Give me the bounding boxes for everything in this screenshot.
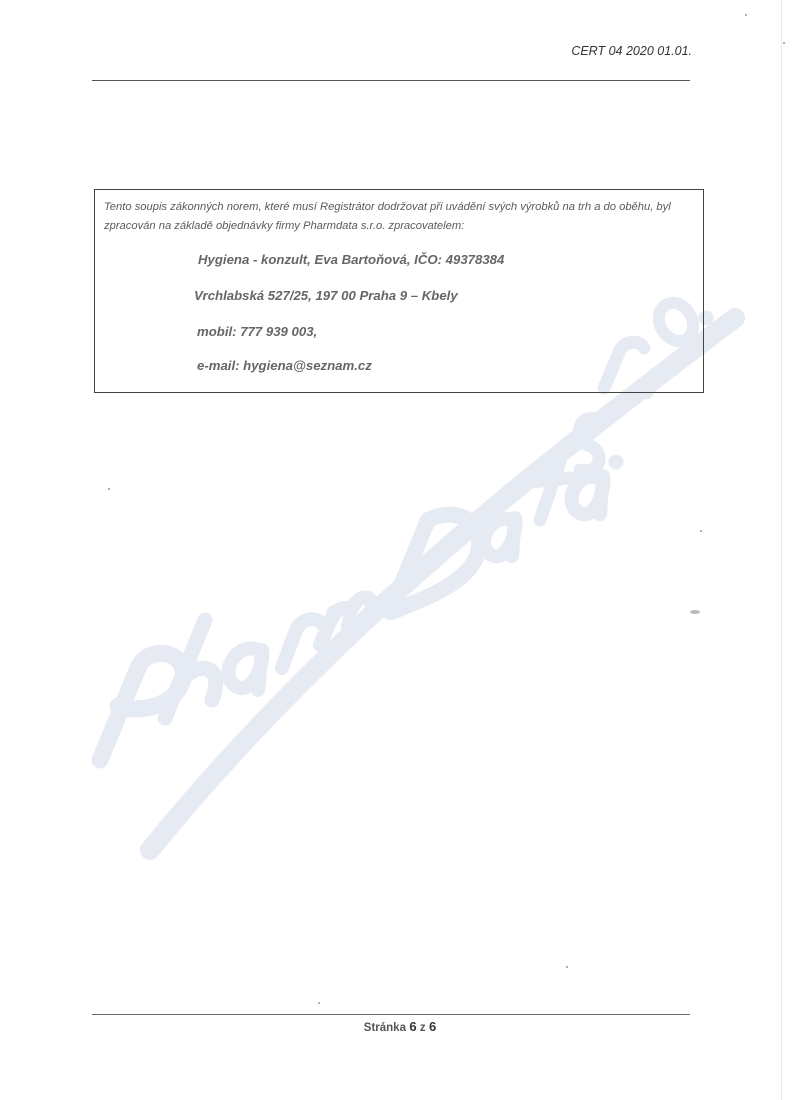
scan-speck — [566, 966, 568, 968]
current-page: 6 — [409, 1019, 416, 1034]
scan-speck — [745, 14, 747, 16]
contact-address: Vrchlabská 527/25, 197 00 Praha 9 – Kbel… — [194, 288, 458, 303]
contact-email: e-mail: hygiena@seznam.cz — [197, 358, 372, 373]
pharmdata-watermark — [0, 0, 800, 1100]
scan-edge — [781, 0, 782, 1100]
page-label: Stránka — [364, 1022, 406, 1034]
scan-speck — [318, 1002, 320, 1004]
page-number: Stránka 6 z 6 — [0, 1019, 800, 1034]
document-code: CERT 04 2020 01.01. — [571, 44, 692, 58]
scan-speck — [108, 488, 110, 490]
total-pages: 6 — [429, 1019, 436, 1034]
notice-box: Tento soupis zákonných norem, které musí… — [94, 189, 704, 393]
scan-speck — [700, 530, 702, 532]
document-page: CERT 04 2020 01.01. — [0, 0, 800, 1100]
contact-mobile: mobil: 777 939 003, — [197, 324, 317, 339]
notice-intro-text: Tento soupis zákonných norem, které musí… — [104, 198, 695, 236]
contact-name: Hygiena - konzult, Eva Bartoňová, IČO: 4… — [198, 252, 504, 267]
footer-divider — [92, 1014, 690, 1015]
page-separator: z — [420, 1022, 426, 1034]
scan-speck — [783, 42, 785, 44]
header-divider — [92, 80, 690, 81]
scan-speck — [690, 610, 700, 614]
